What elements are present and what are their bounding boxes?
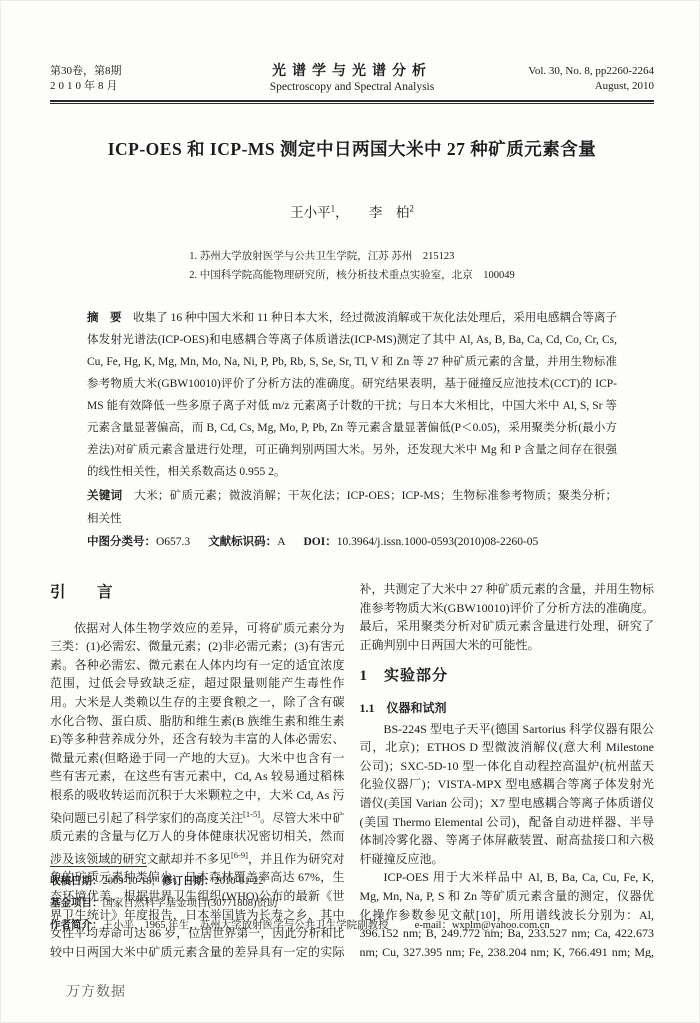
header-left: 第30卷，第8期 2010年8月 (50, 64, 201, 94)
bio-value: 王小平，1965 年生，苏州大学放射医学与公共卫生学院副教授 (103, 920, 389, 931)
footnote-rule (50, 866, 147, 867)
doi-value: 10.3964/j.issn.1000-0593(2010)08-2260-05 (337, 536, 539, 548)
revised-value: 2010-01-22 (215, 876, 264, 887)
keywords: 关键词 大米；矿质元素；微波消解；干灰化法；ICP-OES；ICP-MS；生物标… (50, 485, 654, 531)
doi: DOI：10.3964/j.issn.1000-0593(2010)08-226… (304, 536, 539, 548)
author-2: 李 柏2 (369, 205, 414, 220)
revised-label: 修订日期： (162, 876, 215, 887)
journal-title-en: Spectroscopy and Spectral Analysis (201, 80, 503, 95)
journal-page: 第30卷，第8期 2010年8月 光谱学与光谱分析 Spectroscopy a… (0, 0, 700, 1023)
date-cn: 2010年8月 (50, 79, 201, 94)
abstract: 摘 要 收集了 16 种中国大米和 11 种日本大米，经过微波消解或干灰化法处理… (50, 307, 654, 483)
abstract-label: 摘 要 (87, 312, 122, 324)
affiliation-2: 2. 中国科学院高能物理研究所，核分析技术重点实验室，北京 100049 (189, 266, 515, 285)
classification-line: 中图分类号：O657.3文献标识码：ADOI：10.3964/j.issn.10… (50, 531, 654, 554)
received-label: 收稿日期： (50, 876, 103, 887)
fund-label: 基金项目： (50, 898, 103, 909)
volume-issue: 第30卷，第8期 (50, 64, 201, 79)
intro-text-1: 依据对人体生物学效应的差异，可将矿质元素分为三类：(1)必需宏、微量元素；(2)… (50, 621, 345, 825)
doc-code-value: A (277, 536, 285, 548)
fund-line: 基金项目：国家自然科学基金项目(30771808)资助 (50, 893, 654, 915)
authors-line: 王小平1， 李 柏2 (50, 201, 654, 221)
received-value: 2009-10-18， (103, 876, 163, 887)
affiliations: 1. 苏州大学放射医学与公共卫生学院，江苏 苏州 215123 2. 中国科学院… (50, 247, 654, 285)
header-rule (50, 100, 654, 104)
date-en: August, 2010 (503, 79, 654, 94)
wanfang-watermark: 万方数据 (66, 981, 126, 1001)
doc-code-label: 文献标识码： (208, 536, 277, 548)
journal-header: 第30卷，第8期 2010年8月 光谱学与光谱分析 Spectroscopy a… (50, 64, 654, 95)
author-1: 王小平1， (290, 205, 349, 220)
intro-continuation-paragraph: 补，共测定了大米中 27 种矿质元素的含量，并用生物标准参考物质大米(GBW10… (360, 580, 655, 654)
article-title: ICP-OES 和 ICP-MS 测定中日两国大米中 27 种矿质元素含量 (50, 136, 654, 161)
instruments-paragraph: BS-224S 型电子天平(德国 Sartorius 科学仪器有限公司，北京)；… (360, 720, 655, 869)
journal-title-cn: 光谱学与光谱分析 (201, 64, 503, 80)
citation-ref-1: [1-5] (243, 809, 260, 819)
keywords-label: 关键词 (87, 490, 122, 502)
citation-ref-2: [6-9] (231, 850, 248, 860)
email-value: wxplm@yahoo.com.cn (452, 920, 550, 931)
header-right: Vol. 30, No. 8, pp2260-2264 August, 2010 (503, 64, 654, 94)
header-center: 光谱学与光谱分析 Spectroscopy and Spectral Analy… (201, 64, 503, 95)
clc-value: O657.3 (156, 536, 190, 548)
section-1-heading: 1 实验部分 (360, 667, 655, 686)
received-line: 收稿日期：2009-10-18，修订日期：2010-01-22 (50, 871, 654, 893)
affiliation-1: 1. 苏州大学放射医学与公共卫生学院，江苏 苏州 215123 (189, 247, 515, 266)
clc-label: 中图分类号： (87, 536, 156, 548)
volume-en: Vol. 30, No. 8, pp2260-2264 (503, 64, 654, 79)
author-email: e-mail：wxplm@yahoo.com.cn (415, 920, 550, 931)
footnote-block: 收稿日期：2009-10-18，修订日期：2010-01-22 基金项目：国家自… (50, 866, 654, 937)
doi-label: DOI： (304, 536, 337, 548)
author-2-sup: 2 (409, 204, 414, 214)
clc: 中图分类号：O657.3 (87, 536, 190, 548)
abstract-text: 收集了 16 种中国大米和 11 种日本大米，经过微波消解或干灰化法处理后，采用… (87, 312, 617, 478)
keywords-text: 大米；矿质元素；微波消解；干灰化法；ICP-OES；ICP-MS；生物标准参考物… (87, 490, 617, 525)
doc-code: 文献标识码：A (208, 536, 285, 548)
bio-line: 作者简介：王小平，1965 年生，苏州大学放射医学与公共卫生学院副教授e-mai… (50, 915, 654, 937)
fund-value: 国家自然科学基金项目(30771808)资助 (103, 898, 278, 909)
intro-heading: 引 言 (50, 584, 345, 603)
section-1-1-heading: 1.1 仪器和试剂 (360, 699, 655, 718)
bio-label: 作者简介： (50, 920, 103, 931)
email-label: e-mail： (415, 920, 452, 931)
